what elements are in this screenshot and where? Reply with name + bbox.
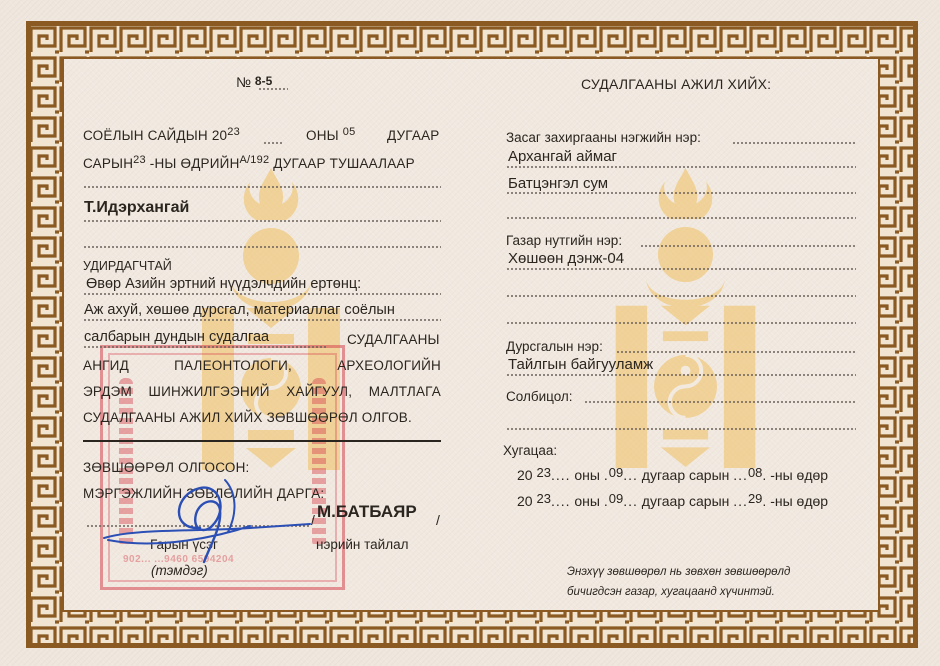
dotted-line [506, 322, 856, 324]
text: -ны өдөр [770, 467, 828, 483]
dotted-line [263, 142, 283, 144]
coordinates-label: Солбицол: [506, 389, 573, 405]
decree-line-1: СОЁЛЫН САЙДЫН 2023 [83, 128, 240, 145]
text: оны [574, 493, 600, 509]
dotted-line [506, 166, 856, 168]
dotted-line [506, 428, 856, 430]
soyombo-emblem-icon [608, 168, 763, 468]
admin-unit-sum: Батцэнгэл сум [508, 176, 608, 192]
validity-note-line-2: бичигдсэн газар, хугацаанд хүчинтэй. [567, 584, 775, 600]
end-date: 20 23.... оны .09... дугаар сарын ...29.… [517, 493, 828, 510]
decree-line-1b: ОНЫ 05 [306, 128, 355, 145]
slash: / [436, 512, 440, 528]
dotted-line [506, 192, 856, 194]
decree-line-2: САРЫН23 -НЫ ӨДРИЙНА/192 ДУГААР ТУШААЛААР [83, 156, 415, 173]
dotted-line [83, 186, 441, 188]
decree-day: 23 [133, 154, 146, 166]
year-prefix: 20 [517, 467, 533, 483]
start-day: 08 [748, 465, 762, 480]
supervised-label: УДИРДАГЧТАЙ [83, 258, 172, 274]
divider [83, 440, 441, 442]
dotted-line [258, 88, 288, 90]
start-month: 09 [609, 465, 623, 480]
section-title: СУДАЛГААНЫ АЖИЛ ХИЙХ: [581, 76, 771, 92]
project-title-line-3: салбарын дундын судалгаа [84, 329, 269, 345]
dotted-line [506, 295, 856, 297]
decree-month: 05 [343, 126, 356, 138]
dotted-line [584, 401, 856, 403]
body-text: СУДАЛГААНЫ [347, 332, 440, 348]
decree-text: ОНЫ [306, 128, 339, 143]
dotted-line [83, 293, 441, 295]
body-text-line-5: ЭРДЭМ ШИНЖИЛГЭЭНИЙ ХАЙГУУЛ, МАЛТЛАГА [83, 384, 441, 400]
start-year: 23 [536, 465, 550, 480]
start-date: 20 23.... оны .09... дугаар сарын ...08.… [517, 467, 828, 484]
dotted-line [732, 142, 856, 144]
dotted-line [83, 319, 441, 321]
certificate-page: 902... ...9460 6594204 № 8-5 СОЁЛЫН САЙД… [0, 0, 940, 666]
duration-label: Хугацаа: [503, 443, 557, 459]
decree-text: -НЫ ӨДРИЙН [150, 156, 240, 171]
dotted-line [506, 268, 856, 270]
monument-label: Дурсгалын нэр: [506, 339, 603, 355]
researcher-name: Т.Идэрхангай [84, 200, 189, 216]
year-prefix: 20 [517, 493, 533, 509]
project-title-line-1: Өвөр Азийн эртний нүүдэлчдийн ертөнц: [86, 276, 361, 292]
handwritten-signature [100, 470, 320, 570]
decree-text: ДУГААР [387, 128, 440, 144]
body-text-line-4: АНГИД ПАЛЕОНТОЛОГИ, АРХЕОЛОГИЙН [83, 358, 441, 374]
monument-value: Тайлгын байгууламж [508, 357, 653, 373]
dotted-line [83, 346, 328, 348]
locality-value: Хөшөөн дэнж-04 [508, 251, 624, 267]
decree-year: 23 [227, 126, 240, 138]
decree-text: СОЁЛЫН САЙДЫН 20 [83, 128, 227, 143]
dotted-line [506, 217, 856, 219]
text: дугаар сарын [642, 493, 730, 509]
dotted-line [616, 351, 856, 353]
decree-text: САРЫН [83, 156, 133, 171]
chairman-name: М.БАТБАЯР [317, 504, 417, 520]
locality-label: Газар нутгийн нэр: [506, 233, 622, 249]
end-year: 23 [536, 491, 550, 506]
decree-text: ДУГААР ТУШААЛААР [273, 156, 415, 171]
number-label: № [236, 74, 251, 90]
admin-unit-aimag: Архангай аймаг [508, 149, 617, 165]
number-value: 8-5 [255, 74, 272, 88]
project-title-line-2: Аж ахуй, хөшөө дурсгал, материаллаг соёл… [84, 302, 395, 318]
dotted-line [83, 246, 441, 248]
text: дугаар сарын [642, 467, 730, 483]
text: -ны өдөр [770, 493, 828, 509]
name-caption: нэрийн тайлал [316, 537, 408, 553]
validity-note-line-1: Энэхүү зөвшөөрөл нь зөвхөн зөвшөөрөлд [567, 564, 790, 580]
end-day: 29 [748, 491, 762, 506]
decree-order-number: А/192 [240, 154, 270, 166]
body-text-line-6: СУДАЛГААНЫ АЖИЛ ХИЙХ ЗӨВШӨӨРӨЛ ОЛГОВ. [83, 410, 412, 426]
end-month: 09 [609, 491, 623, 506]
text: оны [574, 467, 600, 483]
dotted-line [83, 220, 441, 222]
admin-unit-label: Засаг захиргааны нэгжийн нэр: [506, 130, 701, 146]
dotted-line [640, 245, 856, 247]
dotted-line [506, 374, 856, 376]
